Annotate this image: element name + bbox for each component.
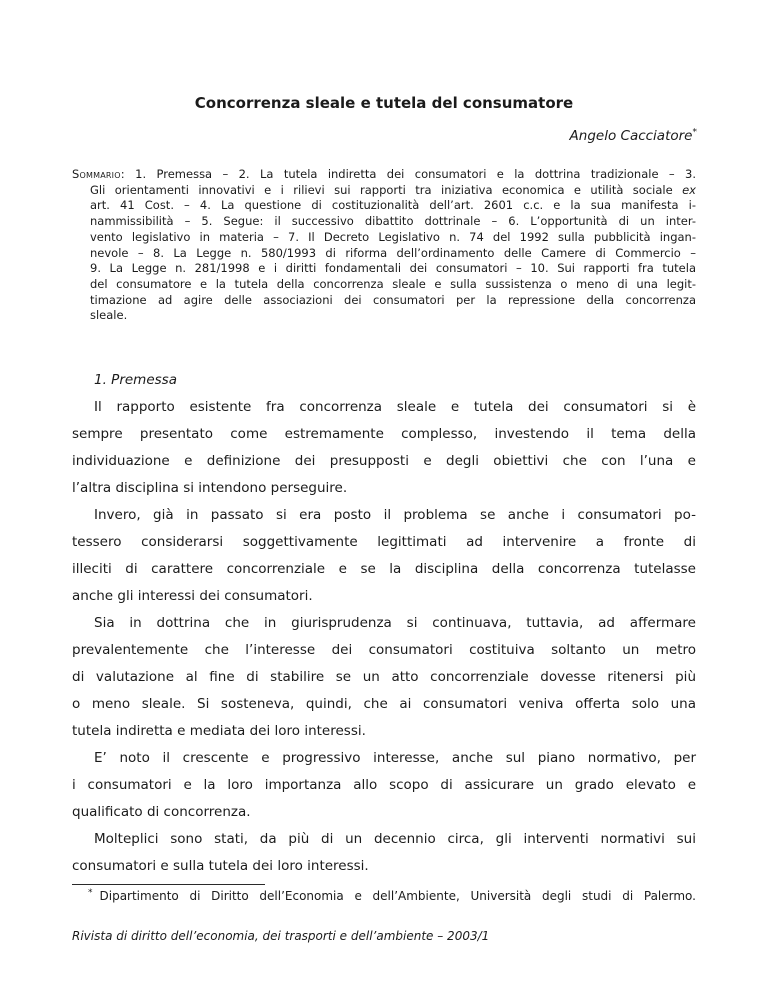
sommario-line: Gli orientamenti innovativi e i rilievi … [72, 183, 696, 199]
sommario-label: Sommario: [72, 167, 125, 181]
sommario-line: art. 41 Cost. – 4. La questione di costi… [72, 198, 696, 214]
author-name: Angelo Cacciatore [570, 128, 693, 144]
body-line: Molteplici sono stati, da più di un dece… [72, 826, 696, 853]
sommario-line: nammissibilità – 5. Segue: il successivo… [72, 214, 696, 230]
body-line: illeciti di carattere concorrenziale e s… [72, 556, 696, 583]
author-line: Angelo Cacciatore* [72, 128, 697, 145]
body-line: E’ noto il crescente e progressivo inter… [72, 745, 696, 772]
body-line: o meno sleale. Si sosteneva, quindi, che… [72, 691, 696, 718]
body-line: Invero, già in passato si era posto il p… [72, 502, 696, 529]
footnote-text: Dipartimento di Diritto dell’Economia e … [100, 889, 697, 903]
body-line: anche gli interessi dei consumatori. [72, 583, 696, 610]
sommario-line: del consumatore e la tutela della concor… [72, 277, 696, 293]
body-line: Sia in dottrina che in giurisprudenza si… [72, 610, 696, 637]
body-line: prevalentemente che l’interesse dei cons… [72, 637, 696, 664]
sommario-line: vento legislativo in materia – 7. Il Dec… [72, 230, 696, 246]
body-line: l’altra disciplina si intendono persegui… [72, 475, 696, 502]
body-line: individuazione e definizione dei presupp… [72, 448, 696, 475]
footnote: *Dipartimento di Diritto dell’Economia e… [72, 889, 696, 904]
body-line: tutela indiretta e mediata dei loro inte… [72, 718, 696, 745]
sommario-line: timazione ad agire delle associazioni de… [72, 293, 696, 309]
section-heading: 1. Premessa [72, 367, 696, 394]
sommario-line: 9. La Legge n. 281/1998 e i diritti fond… [72, 261, 696, 277]
article-title: Concorrenza sleale e tutela del consumat… [72, 94, 696, 112]
body-line: Il rapporto esistente fra concorrenza sl… [72, 394, 696, 421]
body-line: qualificato di concorrenza. [72, 799, 696, 826]
sommario-line: sleale. [72, 308, 696, 324]
sommario-line: nevole – 8. La Legge n. 580/1993 di rifo… [72, 246, 696, 262]
article-body: 1. Premessa Il rapporto esistente fra co… [72, 367, 696, 880]
footnote-separator [72, 884, 265, 885]
italic-term: ex [682, 183, 696, 197]
author-footnote-mark: * [693, 128, 698, 138]
document-page: Concorrenza sleale e tutela del consumat… [0, 0, 768, 994]
body-line: tessero considerarsi soggettivamente leg… [72, 529, 696, 556]
body-line: di valutazione al fine di stabilire se u… [72, 664, 696, 691]
journal-footer: Rivista di diritto dell’economia, dei tr… [72, 929, 696, 944]
footnote-mark: * [88, 888, 93, 898]
body-line: i consumatori e la loro importanza allo … [72, 772, 696, 799]
sommario-line: Sommario: 1. Premessa – 2. La tutela ind… [72, 167, 696, 183]
body-line: consumatori e sulla tutela dei loro inte… [72, 853, 696, 880]
body-line: sempre presentato come estremamente comp… [72, 421, 696, 448]
sommario-abstract: Sommario: 1. Premessa – 2. La tutela ind… [72, 167, 696, 324]
